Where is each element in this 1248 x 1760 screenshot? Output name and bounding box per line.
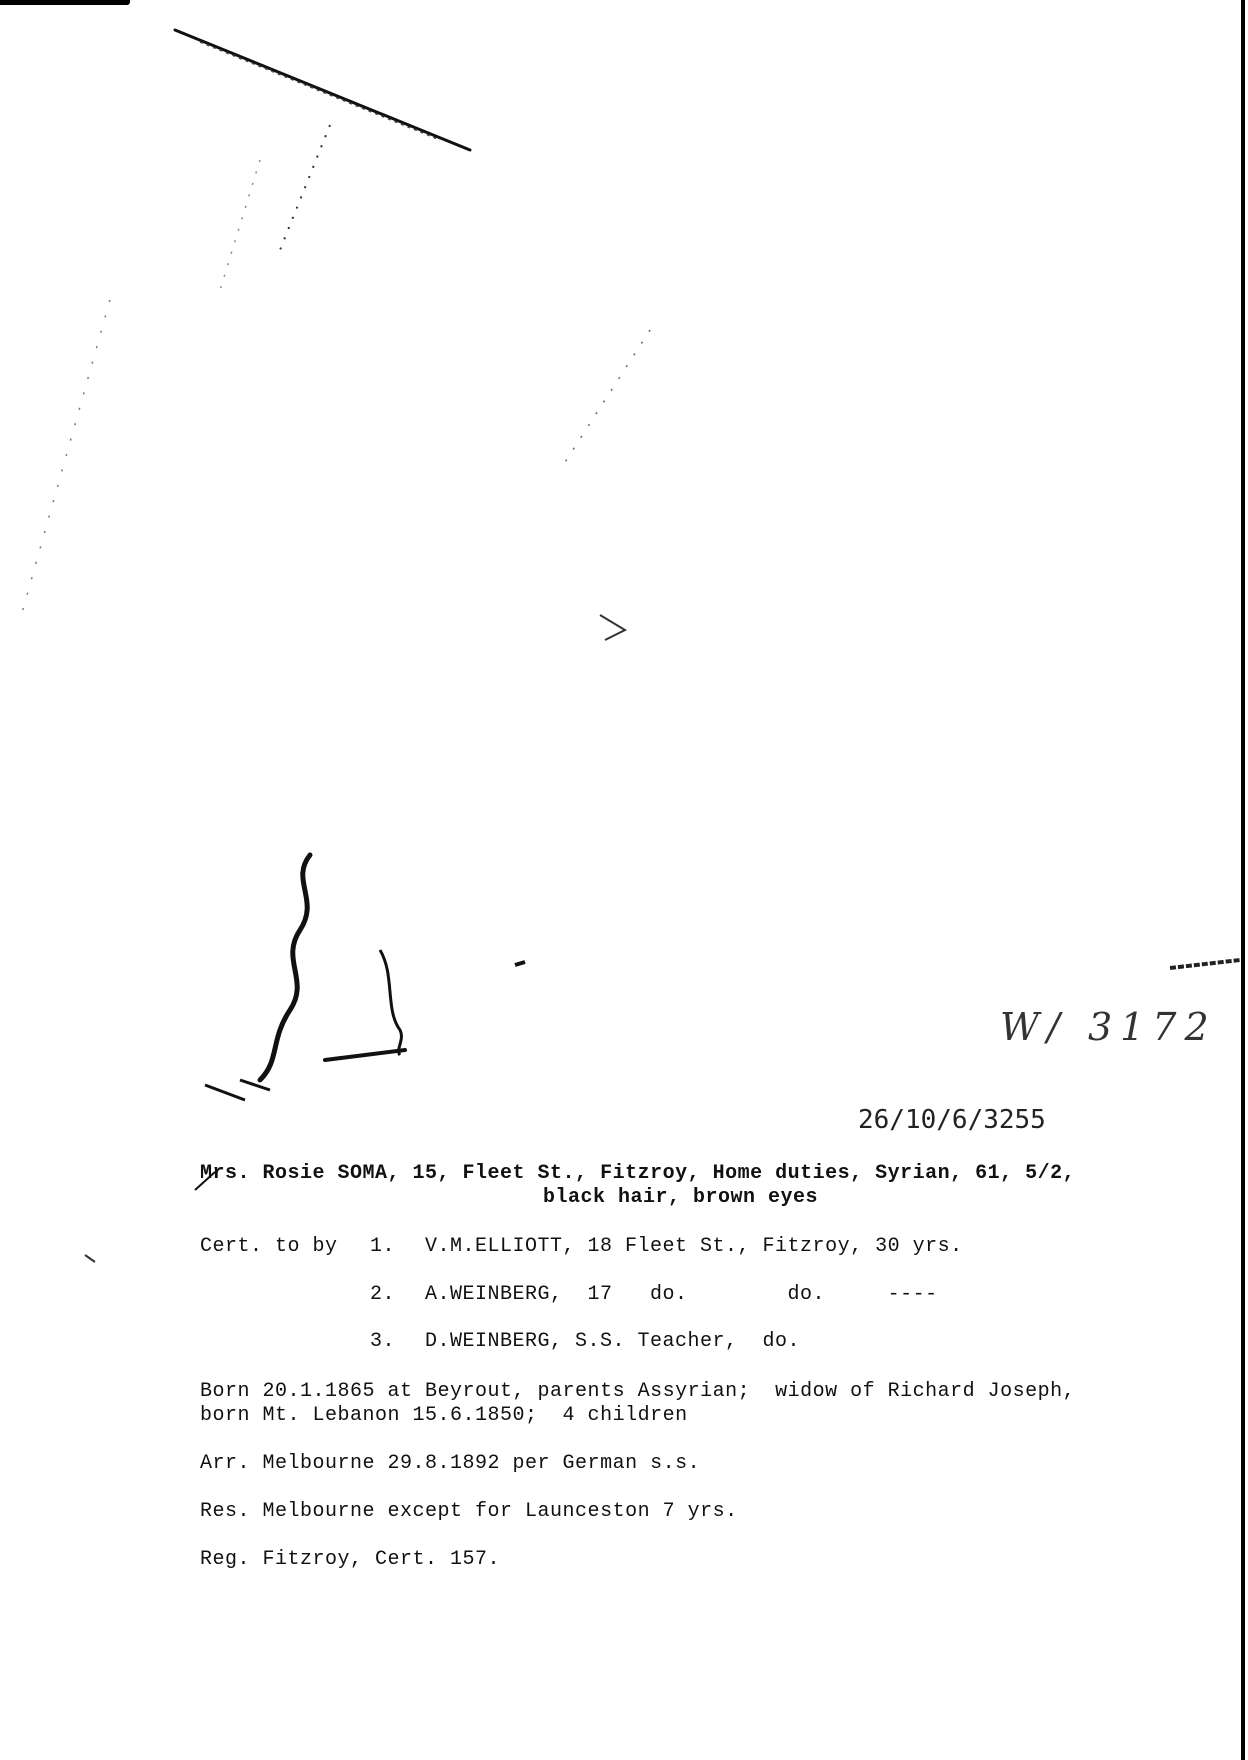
certifier-num-1: 1. (370, 1235, 395, 1258)
certifier-num-3: 3. (370, 1330, 395, 1353)
handwritten-reference: W/ 3172 (1000, 1005, 1217, 1049)
entry-heading-line2: black hair, brown eyes (543, 1186, 818, 1209)
registration-line: Reg. Fitzroy, Cert. 157. (200, 1548, 500, 1571)
birth-line1: Born 20.1.1865 at Beyrout, parents Assyr… (200, 1380, 1075, 1403)
certifier-2: A.WEINBERG, 17 do. do. ---- (425, 1283, 938, 1306)
certifier-3: D.WEINBERG, S.S. Teacher, do. (425, 1330, 800, 1353)
certified-by-label: Cert. to by (200, 1235, 338, 1258)
entry-heading-line1: Mrs. Rosie SOMA, 15, Fleet St., Fitzroy,… (200, 1162, 1075, 1185)
residence-line: Res. Melbourne except for Launceston 7 y… (200, 1500, 738, 1523)
handwritten-annotations (0, 0, 1248, 1760)
certifier-1: V.M.ELLIOTT, 18 Fleet St., Fitzroy, 30 y… (425, 1235, 963, 1258)
scanned-document-page: W/ 3172 26/10/6/3255 Mrs. Rosie SOMA, 15… (0, 0, 1248, 1760)
birth-line2: born Mt. Lebanon 15.6.1850; 4 children (200, 1404, 688, 1427)
certifier-num-2: 2. (370, 1283, 395, 1306)
file-number: 26/10/6/3255 (858, 1105, 1046, 1135)
arrival-line: Arr. Melbourne 29.8.1892 per German s.s. (200, 1452, 700, 1475)
